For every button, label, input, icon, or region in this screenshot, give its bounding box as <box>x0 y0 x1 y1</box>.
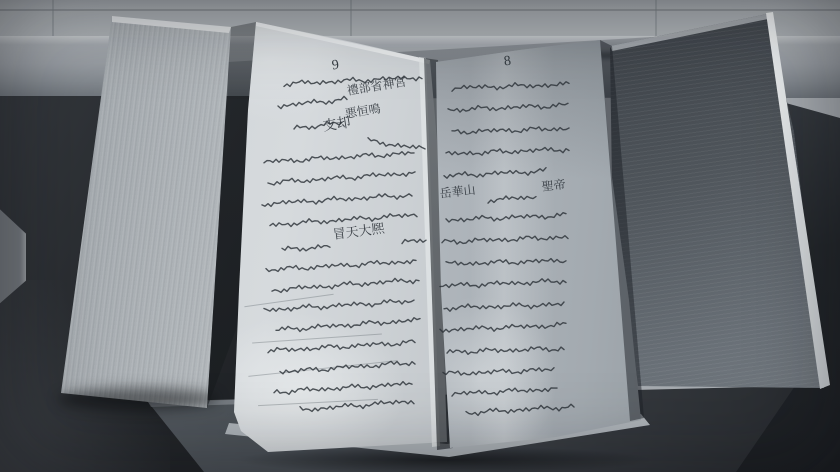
kanji-annotation: 聖帝 <box>541 178 566 193</box>
kanji-annotation: 岳華山 <box>439 184 476 200</box>
kanji-annotation: 支却 <box>322 117 352 135</box>
kanji-annotation: 禮部省神宮 <box>346 76 407 97</box>
kanji-annotation: 冒天大熈 <box>332 222 385 241</box>
kanji-annotation-layer: 禮部省神宮悪恒鳴支却冒天大熈岳華山聖帝 <box>0 0 840 472</box>
photo-museum-manuscript: 禮部省神宮悪恒鳴支却冒天大熈岳華山聖帝 9 8 <box>0 0 840 472</box>
